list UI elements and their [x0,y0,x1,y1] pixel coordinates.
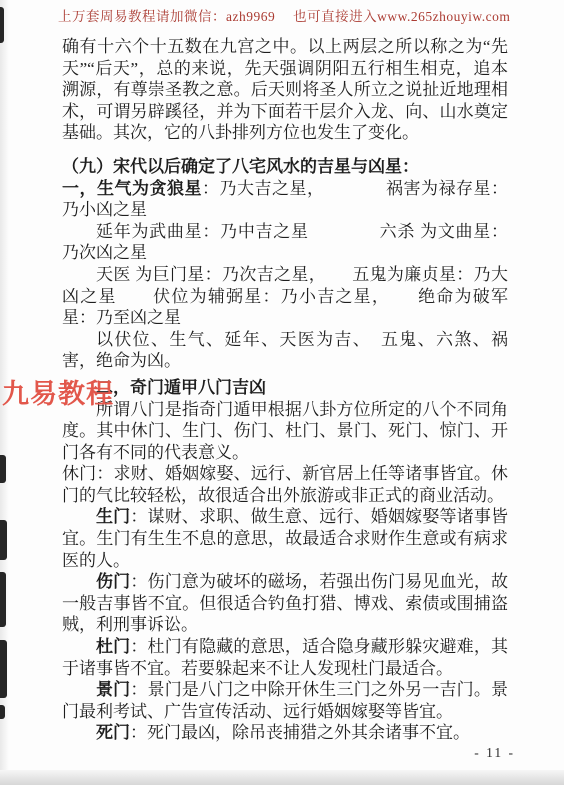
paragraph-lead: 死门 [96,723,130,742]
paragraph: 一，生气为贪狼星：乃大吉之星， 祸害为禄存星：乃小凶之星 [62,178,508,221]
scan-artifact [0,572,6,627]
paragraph-lead: 一，生气为贪狼星 [62,179,202,198]
scanned-document-page: 上万套周易教程请加微信：azh9969 也可直接进入www.265zhouyiw… [0,0,564,785]
paragraph: 杜门：杜门有隐藏的意思，适合隐身藏形躲灾避难，其于诸事皆不宜。若要躲起来不让人发… [62,636,508,679]
paragraph: 确有十六个十五数在九宫之中。以上两层之所以称之为“先天”“后天”，总的来说，先天… [62,36,508,144]
scan-bottom-shadow [0,770,564,785]
scan-artifact [0,520,7,560]
paragraph: 所谓八门是指奇门遁甲根据八卦方位所定的八个不同角度。其中休门、生门、伤门、杜门、… [62,399,508,464]
page-number: - 11 - [474,745,515,761]
paragraph: 以伏位、生气、延年、天医为吉、 五鬼、六煞、祸害，绝命为凶。 [62,329,508,372]
paragraph-lead: 休门 [62,464,96,483]
paragraph: 伤门：伤门意为破坏的磁场，若强出伤门易见血光，故一般吉事皆不宜。但很适合钓鱼打猎… [62,571,508,636]
paragraph-lead: 生门 [96,507,130,526]
promo-header-text: 上万套周易教程请加微信：azh9969 也可直接进入www.265zhouyiw… [58,5,528,25]
section-heading: （九）宋代以后确定了八宅风水的吉星与凶星： [62,156,508,178]
paragraph: 生门：谋财、求职、做生意、远行、婚姻嫁娶等诸事皆宜。生门有生生不息的意思，故最适… [62,506,508,571]
paragraph: 死门：死门最凶，除吊丧捕猎之外其余诸事不宜。 [62,722,508,744]
paragraph: 休门：求财、婚姻嫁娶、远行、新官居上任等诸事皆宜。休门的气比较轻松，故很适合出外… [62,463,508,506]
scan-artifact [0,640,7,698]
paragraph-lead: 伤门 [96,572,130,591]
scan-artifact [0,7,4,43]
paragraph-lead: 景门 [96,680,130,699]
paragraph: 延年为武曲星：乃中吉之星 六杀 为文曲星：乃次凶之星 [62,221,508,264]
scan-artifact [0,455,6,483]
paragraph-lead: 杜门 [96,637,130,656]
section-heading: 二，奇门遁甲八门吉凶 [62,377,508,399]
paragraph: 景门：景门是八门之中除开休生三门之外另一吉门。景门最利考试、广告宣传活动、远行婚… [62,679,508,722]
paragraph: 天医 为巨门星：乃次吉之星， 五鬼为廉贞星：乃大凶之星 伏位为辅弼星：乃小吉之星… [62,264,508,329]
scan-artifact [0,705,5,719]
watermark-logo-text: 九易教程 [2,372,114,411]
document-body: 确有十六个十五数在九宫之中。以上两层之所以称之为“先天”“后天”，总的来说，先天… [62,36,508,744]
